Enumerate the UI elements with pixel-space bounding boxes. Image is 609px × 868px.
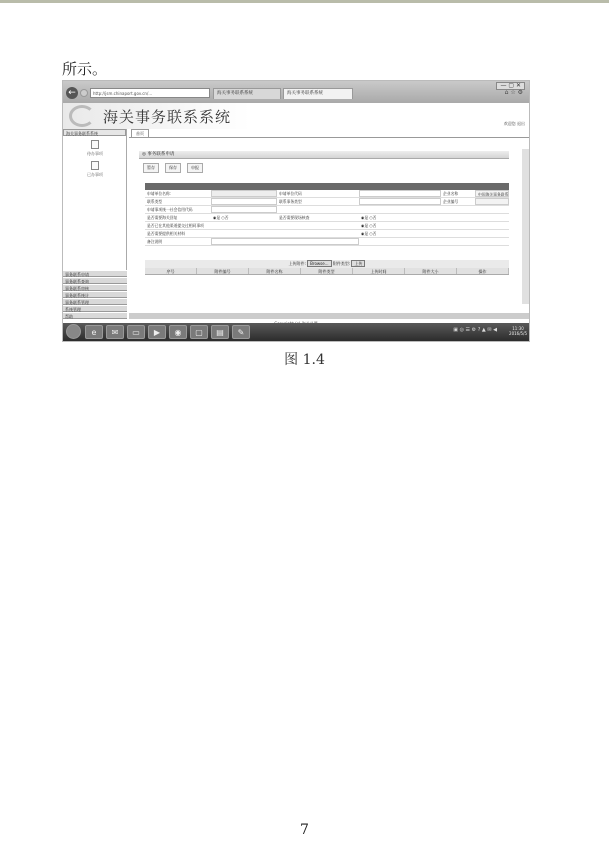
app-title: 海关事务联系系统 (103, 106, 231, 127)
panel-title: ◎ 事务联系申请 (139, 151, 509, 159)
sidebar-menu: 事务联系申请 事务联系查询 事务联系审核 事务联系统计 事务联系管理 系统管理 … (63, 270, 127, 319)
upload-button[interactable]: 上传 (351, 260, 365, 267)
application-form: 申请单位名称：申请单位代码企业名称中国海关事务联系（海关总署） 联系类型联系事务… (145, 183, 509, 246)
column-header: 附件名称 (249, 268, 301, 274)
browser-tab-active[interactable]: 海关事务联系系统 (283, 88, 353, 99)
customs-logo-icon (69, 105, 95, 127)
taskbar-app-icon[interactable]: ◉ (169, 325, 187, 339)
taskbar-media-icon[interactable]: ▶ (148, 325, 166, 339)
taskbar-folder-icon[interactable]: ▭ (127, 325, 145, 339)
vertical-scrollbar[interactable] (522, 149, 529, 304)
browse-button[interactable]: Browse... (307, 260, 331, 267)
sidebar-item[interactable]: 事务联系审核 (63, 284, 127, 291)
form-row: 备注说明 (145, 238, 509, 246)
form-header-bar (145, 183, 509, 190)
column-header: 附件编号 (197, 268, 249, 274)
sidebar-item[interactable]: 事务联系管理 (63, 298, 127, 305)
sidebar-item[interactable]: 事务联系申请 (63, 270, 127, 277)
user-info[interactable]: 欢迎您 退出 (504, 121, 525, 127)
form-row: 是否已在其他渠道提交过相同事项◉是 ○否 (145, 222, 509, 230)
intro-text: 所示。 (62, 58, 107, 79)
taskbar-doc-icon[interactable]: ▤ (211, 325, 229, 339)
attachment-table-header: 序号 附件编号 附件名称 附件类型 上传时间 附件大小 操作 (145, 268, 509, 275)
browser-chrome: ← http://jsm.chinaport.gov.cn/... 海关事务联系… (63, 81, 529, 103)
sidebar-item[interactable]: 事务联系统计 (63, 291, 127, 298)
back-button[interactable]: ← (66, 87, 78, 99)
clock[interactable]: 11:302016/5/5 (509, 326, 527, 336)
form-row: 申请事项统一社会信用代码 (145, 206, 509, 214)
shortcut-label: 已办事项 (87, 172, 103, 177)
sidebar: 海关事务联系系统 待办事项 已办事项 事务联系申请 事务联系查询 事务联系审核 … (63, 129, 127, 319)
address-bar[interactable]: http://jsm.chinaport.gov.cn/... (90, 88, 210, 98)
sidebar-header[interactable]: 海关事务联系系统 (63, 129, 126, 136)
figure-screenshot: ← http://jsm.chinaport.gov.cn/... 海关事务联系… (62, 80, 530, 342)
taskbar-mail-icon[interactable]: ✉ (106, 325, 124, 339)
taskbar-ie-icon[interactable]: e (85, 325, 103, 339)
taskbar-edit-icon[interactable]: ✎ (232, 325, 250, 339)
sidebar-item[interactable]: 事务联系查询 (63, 277, 127, 284)
column-header: 操作 (457, 268, 509, 274)
horizontal-scrollbar[interactable] (129, 313, 530, 319)
upload-label: 上传附件: (289, 261, 306, 266)
figure-caption: 图 1.4 (0, 349, 609, 369)
clock-date: 2016/5/5 (509, 331, 527, 336)
tab-divider (129, 137, 530, 138)
taskbar: e ✉ ▭ ▶ ◉ ▢ ▤ ✎ ▣ ◎ ☰ ⚙ ? ▲ ✉ ◀ 11:30201… (63, 323, 529, 341)
sidebar-item[interactable]: 系统管理 (63, 305, 127, 312)
shortcut-done[interactable]: 已办事项 (63, 161, 127, 178)
form-row: 是否需要提供相关材料◉是 ○否 (145, 230, 509, 238)
panel-title-text: 事务联系申请 (147, 152, 174, 157)
tab-home[interactable]: 首页 (131, 129, 149, 137)
column-header: 上传时间 (353, 268, 405, 274)
taskbar-window-icon[interactable]: ▢ (190, 325, 208, 339)
app-banner: 海关事务联系系统 欢迎您 退出 (63, 103, 529, 129)
arrow-left-icon: ← (68, 88, 76, 98)
page-top-border (0, 0, 609, 3)
document-icon (91, 161, 99, 170)
page-number: 7 (0, 822, 609, 838)
submit-button[interactable]: 申报 (187, 163, 203, 173)
browser-toolbar-icons[interactable]: ⌂ ☆ ⚙ (505, 89, 523, 96)
shortcut-todo[interactable]: 待办事项 (63, 140, 127, 157)
document-icon (91, 140, 99, 149)
form-row: 是否需要海关回复◉是 ○否是否需要现场核查◉是 ○否 (145, 214, 509, 222)
start-button[interactable] (66, 324, 81, 339)
form-row: 申请单位名称：申请单位代码企业名称中国海关事务联系（海关总署） (145, 190, 509, 198)
action-buttons: 暂存 保存 申报 (143, 163, 509, 173)
shortcut-label: 待办事项 (87, 151, 103, 156)
stash-button[interactable]: 暂存 (143, 163, 159, 173)
browser-tab[interactable]: 海关事务联系系统 (213, 88, 281, 99)
column-header: 附件大小 (405, 268, 457, 274)
main-content: 首页 ◎ 事务联系申请 暂存 保存 申报 申请单位名称：申请单位代码企业名称中国… (129, 129, 530, 319)
forward-button[interactable] (80, 89, 88, 97)
upload-bar: 上传附件: Browse... 附件类型: 上传 (145, 260, 509, 268)
attachment-type-label: 附件类型: (333, 261, 350, 266)
column-header: 附件类型 (301, 268, 353, 274)
form-panel: ◎ 事务联系申请 暂存 保存 申报 申请单位名称：申请单位代码企业名称中国海关事… (139, 151, 509, 317)
save-button[interactable]: 保存 (165, 163, 181, 173)
system-tray-icons[interactable]: ▣ ◎ ☰ ⚙ ? ▲ ✉ ◀ (453, 327, 497, 333)
form-row: 联系类型联系事务类型企业编号 (145, 198, 509, 206)
sidebar-item[interactable]: 帮助 (63, 312, 127, 319)
column-header: 序号 (145, 268, 197, 274)
